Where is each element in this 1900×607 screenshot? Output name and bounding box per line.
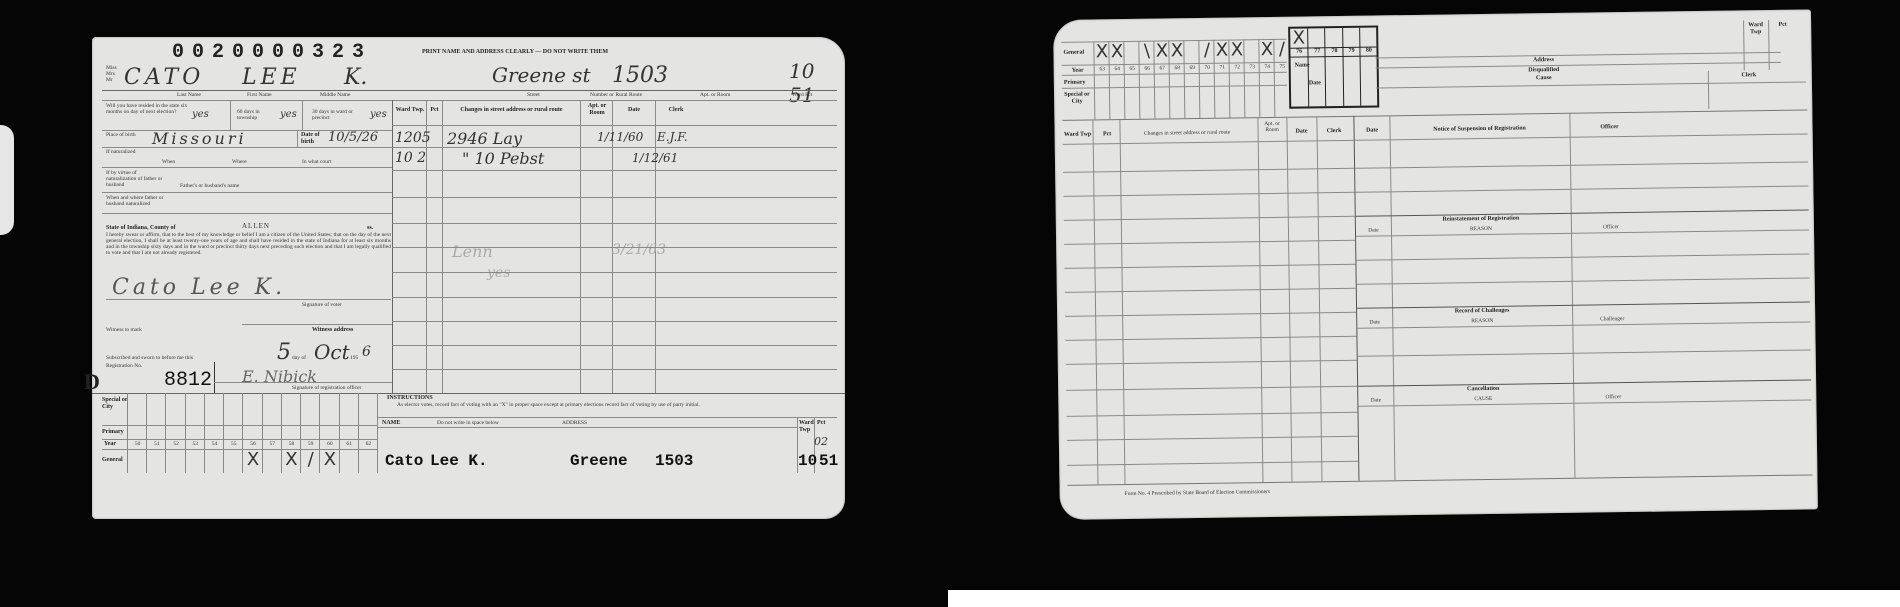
label-ward-twp: Ward Twp: [799, 420, 814, 433]
faint-note: Lenn: [452, 242, 493, 261]
form-footer: Form No. 4 Prescribed by State Board of …: [1125, 489, 1271, 497]
changes-header-clerk: Clerk: [656, 107, 696, 114]
subscribed-year-prefix: 195: [350, 355, 358, 361]
label-number: Number or Rural Route: [590, 92, 642, 98]
vote-year-label: 51: [147, 441, 166, 447]
officer-signature: E. Nibick: [242, 367, 317, 386]
vote-year-label: 52: [166, 441, 185, 447]
suspension-date-label: Date: [1355, 127, 1390, 134]
vote-year-column: 54: [204, 393, 224, 473]
vote-year-column: 62: [358, 393, 378, 473]
instructions-title: INSTRUCTIONS: [387, 395, 433, 402]
q-township: 60 days in township: [237, 109, 277, 121]
reinstatement-officer-label: Officer: [1571, 224, 1651, 231]
label-pct: Pct: [817, 420, 825, 427]
label-last-name: Last Name: [177, 92, 201, 98]
voter-signature: Cato Lee K.: [112, 275, 286, 300]
vote-year-column: 55: [223, 393, 243, 473]
label-state-county: State of Indiana, County of: [106, 225, 176, 232]
vote-year-label: 60: [320, 441, 339, 447]
date-of-birth-handwritten: 10/5/26: [328, 130, 378, 145]
vote-mark: /: [301, 451, 320, 469]
suspension-officer-label: Officer: [1570, 124, 1650, 132]
label-apt: Apt. or Room: [700, 92, 730, 98]
vote-year-label: 58: [282, 441, 301, 447]
label-ss: ss.: [367, 225, 373, 232]
vote-year-column: 57: [262, 393, 282, 473]
changes-header-date: Date: [613, 107, 655, 114]
vote-year-label: 57: [263, 441, 282, 447]
header-instruction: PRINT NAME AND ADDRESS CLEARLY — DO NOT …: [422, 49, 608, 56]
a-state-residency: yes: [192, 109, 209, 120]
label-ward-pct: Ward Pct: [792, 92, 812, 98]
label-by-virtue: If by virtue of naturalization of father…: [106, 170, 166, 188]
oath-text: I hereby swear or affirm, that to the be…: [106, 232, 391, 256]
typed-street: Greene: [570, 452, 628, 470]
vote-year-column: 52: [165, 393, 185, 473]
label-voter-signature: Signature of voter: [302, 302, 342, 308]
changes-row-date: 1/12/61: [632, 151, 678, 165]
registration-card-front: 0020000323 PRINT NAME AND ADDRESS CLEARL…: [92, 37, 845, 519]
vote-year-column: 60X: [319, 393, 339, 473]
registration-number: 8812: [164, 369, 212, 392]
street-handwritten: Greene st: [492, 63, 591, 87]
vote-year-label: 56: [243, 441, 262, 447]
a-township: yes: [280, 109, 297, 120]
vote-mark: X: [243, 451, 262, 469]
first-name-handwritten: LEE: [242, 65, 301, 90]
label-street: Street: [527, 92, 540, 98]
changes-row-clerk: E.J.F.: [657, 130, 688, 144]
label-when-where-naturalized: When and where father or husband natural…: [106, 195, 176, 207]
faint-note: 3/21/63: [612, 242, 666, 258]
changes-header-address: Changes in street address or rural route: [444, 107, 579, 114]
q-ward: 30 days in ward or precinct: [312, 109, 367, 121]
house-number-handwritten: 1503: [612, 63, 668, 88]
vote-mark: X: [320, 451, 339, 469]
typed-first-name: Lee K.: [430, 452, 488, 470]
vote-year-label: 55: [224, 441, 243, 447]
label-address: ADDRESS: [562, 420, 587, 426]
scan-edge-artifact: [0, 125, 14, 235]
changes-row-date: 1/11/60: [597, 130, 643, 144]
vote-year-label: 54: [205, 441, 224, 447]
typed-ward: 10: [798, 452, 817, 470]
place-of-birth-handwritten: Missouri: [152, 129, 247, 148]
scan-white-strip: [948, 590, 1900, 607]
vote-year-label: 62: [359, 441, 378, 447]
vote-year-column: 51: [146, 393, 166, 473]
label-place-of-birth: Place of birth: [106, 132, 136, 138]
label-day-of: day of: [292, 355, 306, 361]
label-back-clerk: Clerk: [1714, 72, 1784, 79]
challenges-reason-label: REASON: [1392, 317, 1572, 326]
label-witness-address: Witness address: [312, 327, 353, 334]
label-back-ward: Ward Twp: [1743, 22, 1768, 35]
subscribed-year-suffix: 6: [362, 344, 371, 360]
label-witness-mark: Witness to mark: [106, 327, 142, 333]
challenges-challenger-label: Challenger: [1572, 316, 1652, 323]
county-value: ALLEN: [242, 222, 270, 230]
label-father-husband-name: Father's or husband's name: [180, 183, 239, 189]
typed-number: 1503: [655, 452, 693, 470]
faint-note: yes: [487, 265, 510, 281]
vote-row-general: General: [102, 457, 123, 464]
label-court: In what court: [302, 159, 331, 165]
subscribed-day: 5: [277, 340, 291, 365]
label-do-not-write: Do not write in space below: [437, 420, 499, 426]
changes-row-address: " 10 Pebst: [462, 149, 544, 168]
cancellation-date-label: Date: [1358, 397, 1393, 403]
label-back-pct: Pct: [1770, 22, 1795, 29]
changes-row-ward: 10 2: [395, 150, 426, 166]
label-subscribed: Subscribed and sworn to before me this: [106, 355, 193, 361]
subscribed-month: Oct: [314, 340, 350, 364]
instructions-text: As elector votes, record fact of voting …: [397, 402, 817, 408]
vote-row-primary: Primary: [102, 429, 124, 436]
label-name: NAME: [382, 420, 400, 427]
last-name-handwritten: CATO: [124, 65, 204, 90]
challenges-title: Record of Challenges: [1392, 307, 1572, 316]
label-when: When: [162, 159, 175, 165]
reinstatement-title: Reinstatement of Registration: [1391, 215, 1571, 224]
middle-name-handwritten: K.: [344, 65, 367, 90]
label-cause: Cause: [1454, 74, 1634, 83]
changes-row-address: 2946 Lay: [447, 129, 522, 148]
changes-header-ward: Ward Twp.: [394, 107, 426, 114]
label-naturalized: If naturalized: [106, 149, 141, 155]
label-middle-name: Middle Name: [320, 92, 350, 98]
typed-last-name: Cato: [385, 452, 423, 470]
vote-year-label: 59: [301, 441, 320, 447]
a-ward: yes: [370, 109, 387, 120]
label-registration-no: Registration No.: [106, 363, 142, 369]
salutations: MissMrsMr: [106, 65, 120, 83]
label-where: Where: [232, 159, 247, 165]
cancellation-title: Cancellation: [1393, 385, 1573, 394]
registration-card-back: General Year Primary Special or City 63X…: [1053, 9, 1818, 520]
reinstatement-date-label: Date: [1356, 227, 1391, 233]
vote-year-column: 61: [339, 393, 359, 473]
registration-prefix: D: [84, 369, 100, 395]
label-first-name: First Name: [247, 92, 272, 98]
vote-year-column: 50: [127, 393, 147, 473]
vote-year-column: 58X: [281, 393, 301, 473]
changes-header-apt: Apt. or Room: [582, 103, 612, 116]
vote-mark: X: [282, 451, 301, 469]
label-date-of-birth: Date of birth: [301, 132, 325, 145]
vote-year-label: 50: [128, 441, 147, 447]
changes-row-ward: 1205: [395, 130, 431, 146]
vote-year-label: 61: [340, 441, 359, 447]
vote-year-label: 80: [1360, 47, 1377, 54]
pct-handwritten: 02: [814, 435, 828, 448]
vote-year-label: 53: [186, 441, 205, 447]
q-state-residency: Will you have resided in the state six m…: [106, 103, 191, 115]
vote-year-column: 56X: [242, 393, 262, 473]
reinstatement-reason-label: REASON: [1391, 225, 1571, 234]
suspension-title: Notice of Suspension of Registration: [1390, 125, 1570, 134]
front-voting-grid: 50515253545556X5758X59/60X6162: [127, 393, 377, 473]
vote-year-column: 53: [185, 393, 205, 473]
cancellation-cause-label: CAUSE: [1393, 395, 1573, 404]
typed-pct: 51: [819, 452, 838, 470]
vote-row-year: Year: [104, 441, 116, 448]
changes-header-pct: Pct: [427, 107, 442, 114]
label-officer-signature: Signature of registration officer: [292, 385, 361, 391]
cancellation-officer-label: Officer: [1573, 394, 1653, 401]
serial-number: 0020000323: [172, 41, 372, 64]
vote-year-column: 59/: [300, 393, 320, 473]
challenges-date-label: Date: [1357, 319, 1392, 325]
